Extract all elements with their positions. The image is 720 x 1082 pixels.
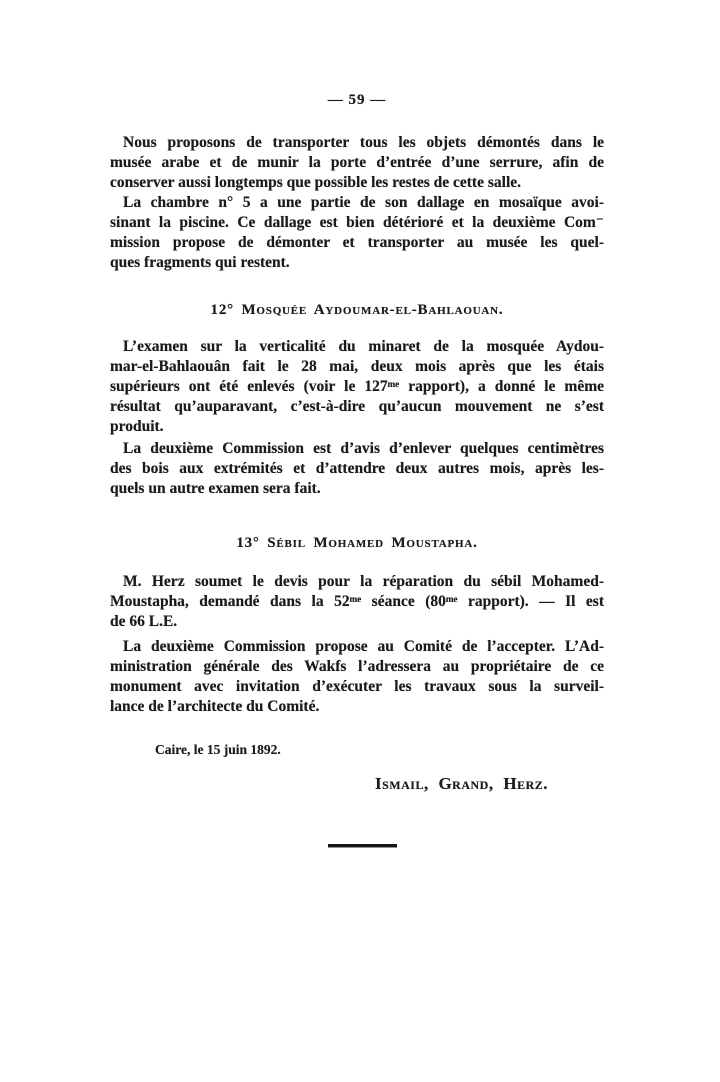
paragraph-line: La chambre n° 5 a une partie de son dall… — [110, 193, 604, 213]
paragraph-line: musée arabe et de munir la porte d’entré… — [110, 153, 604, 173]
page-number: — 59 — — [110, 90, 604, 110]
paragraph-herz-devis: M. Herz soumet le devis pour la réparati… — [110, 572, 604, 632]
paragraph-line: L’examen sur la verticalité du minaret d… — [110, 337, 604, 357]
paragraph-line: La deuxième Commission propose au Comité… — [110, 637, 604, 657]
paragraph-line: produit. — [110, 417, 604, 437]
paragraph-line: mission propose de démonter et transport… — [110, 233, 604, 253]
paragraph-line: Moustapha, demandé dans la 52ᵐᵉ séance (… — [110, 592, 604, 612]
paragraph-transport-objets: Nous proposons de transporter tous les o… — [110, 133, 604, 193]
paragraph-line: M. Herz soumet le devis pour la réparati… — [110, 572, 604, 592]
paragraph-line: sinant la piscine. Ce dallage est bien d… — [110, 213, 604, 233]
paragraph-commission-avis: La deuxième Commission est d’avis d’enle… — [110, 439, 604, 499]
paragraph-line: ques fragments qui restent. — [110, 253, 604, 273]
paragraph-line: supérieurs ont été enlevés (voir le 127ᵐ… — [110, 377, 604, 397]
signature-names: Ismail, Grand, Herz. — [110, 773, 604, 795]
paragraph-line: quels un autre examen sera fait. — [110, 479, 604, 499]
paragraph-line: monument avec invitation d’exécuter les … — [110, 677, 604, 697]
paragraph-line: résultat qu’auparavant, c’est-à-dire qu’… — [110, 397, 604, 417]
paragraph-line: La deuxième Commission est d’avis d’enle… — [110, 439, 604, 459]
paragraph-chambre-5: La chambre n° 5 a une partie de son dall… — [110, 193, 604, 273]
paragraph-line: des bois aux extrémités et d’attendre de… — [110, 459, 604, 479]
section-divider — [328, 844, 397, 847]
document-page: — 59 — Nous proposons de transporter tou… — [0, 0, 720, 1082]
paragraph-line: Nous proposons de transporter tous les o… — [110, 133, 604, 153]
dateline: Caire, le 15 juin 1892. — [155, 741, 281, 759]
section-heading-12-mosquee-aydoumar: 12° Mosquée Aydoumar-el-Bahlaouan. — [110, 300, 604, 320]
paragraph-examen-minaret: L’examen sur la verticalité du minaret d… — [110, 337, 604, 437]
paragraph-line: mar-el-Bahlaouân fait le 28 mai, deux mo… — [110, 357, 604, 377]
paragraph-line: de 66 L.E. — [110, 612, 604, 632]
section-heading-13-sebil-mohamed: 13° Sébil Mohamed Moustapha. — [110, 533, 604, 553]
paragraph-commission-propose: La deuxième Commission propose au Comité… — [110, 637, 604, 717]
paragraph-line: ministration générale des Wakfs l’adress… — [110, 657, 604, 677]
paragraph-line: conserver aussi longtemps que possible l… — [110, 173, 604, 193]
paragraph-line: lance de l’architecte du Comité. — [110, 697, 604, 717]
